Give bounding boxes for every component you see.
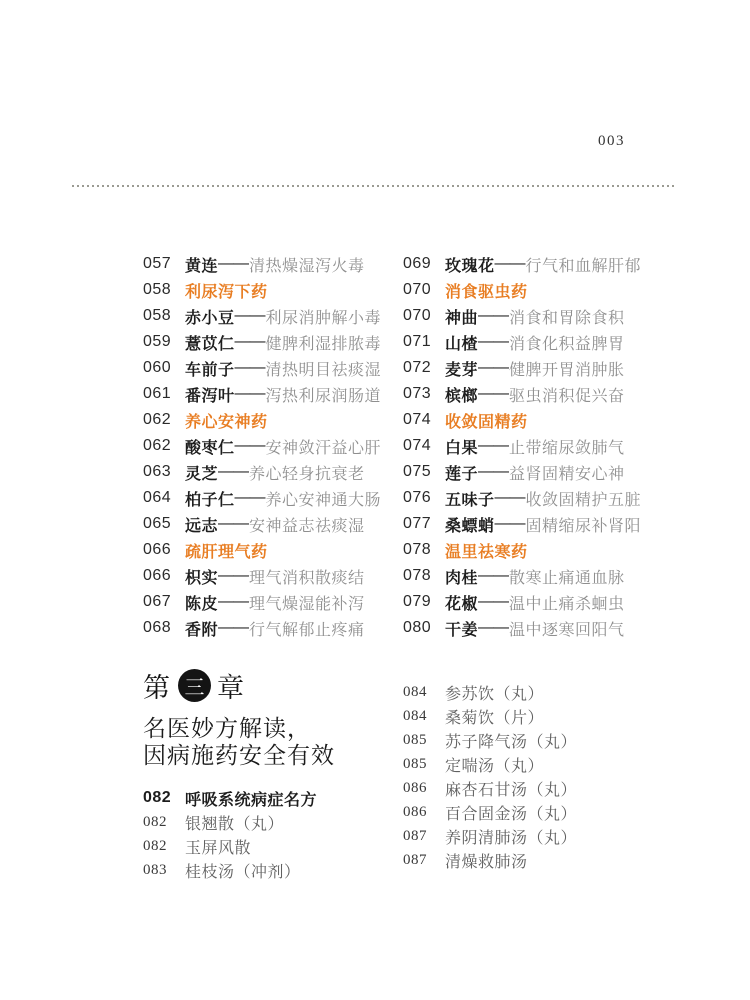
herb-name: 花椒	[445, 591, 478, 614]
herb-name: 灵芝	[185, 461, 218, 484]
entry-page-number: 067	[143, 593, 185, 611]
formula-row: 085定喘汤（丸）	[403, 752, 577, 776]
entry-page-number: 057	[143, 255, 185, 273]
formula-row: 083桂枝汤（冲剂）	[143, 858, 317, 882]
entry-page-number: 084	[403, 708, 445, 725]
entry-page-number: 058	[143, 307, 185, 325]
entry-page-number: 066	[143, 541, 185, 559]
formula-name: 玉屏风散	[185, 835, 251, 858]
dash-separator: ——	[218, 515, 248, 533]
formula-row: 084桑菊饮（片）	[403, 704, 577, 728]
dash-separator: ——	[478, 307, 508, 325]
herb-index-row: 062养心安神药	[143, 407, 403, 433]
herb-description: 行气解郁止疼痛	[249, 617, 365, 640]
dash-separator: ——	[218, 463, 248, 481]
herb-name: 黄连	[185, 253, 218, 276]
herb-name: 麦芽	[445, 357, 478, 380]
dash-separator: ——	[235, 307, 265, 325]
herb-index-row: 070消食驱虫药	[403, 277, 663, 303]
herb-index-row: 074收敛固精药	[403, 407, 663, 433]
herb-index-row: 078肉桂——散寒止痛通血脉	[403, 563, 663, 589]
herb-description: 养心安神通大肠	[266, 487, 382, 510]
dash-separator: ——	[235, 359, 265, 377]
herb-name: 枳实	[185, 565, 218, 588]
entry-page-number: 085	[403, 756, 445, 773]
formula-row: 082银翘散（丸）	[143, 810, 317, 834]
herb-description: 益肾固精安心神	[509, 461, 625, 484]
entry-page-number: 086	[403, 804, 445, 821]
herb-name: 干姜	[445, 617, 478, 640]
category-heading: 利尿泻下药	[185, 279, 268, 302]
herb-index-row: 058利尿泻下药	[143, 277, 403, 303]
herb-description: 健脾利湿排脓毒	[266, 331, 382, 354]
dashed-divider	[72, 185, 677, 187]
entry-page-number: 082	[143, 838, 185, 855]
herb-description: 止带缩尿敛肺气	[509, 435, 625, 458]
herb-description: 温中止痛杀蛔虫	[509, 591, 625, 614]
entry-page-number: 058	[143, 281, 185, 299]
dash-separator: ——	[235, 333, 265, 351]
herb-index-row: 079花椒——温中止痛杀蛔虫	[403, 589, 663, 615]
herb-name: 莲子	[445, 461, 478, 484]
herb-index-row: 060车前子——清热明目祛痰湿	[143, 355, 403, 381]
herb-index-row: 063灵芝——养心轻身抗衰老	[143, 459, 403, 485]
formula-name: 定喘汤（丸）	[445, 753, 544, 776]
herb-description: 消食化积益脾胃	[509, 331, 625, 354]
entry-page-number: 084	[403, 684, 445, 701]
formula-row: 084参苏饮（丸）	[403, 680, 577, 704]
category-heading: 温里祛寒药	[445, 539, 528, 562]
herb-name: 五味子	[445, 487, 495, 510]
dash-separator: ——	[218, 593, 248, 611]
formula-row: 082玉屏风散	[143, 834, 317, 858]
dash-separator: ——	[478, 567, 508, 585]
herb-description: 健脾开胃消肿胀	[509, 357, 625, 380]
entry-page-number: 065	[143, 515, 185, 533]
herb-index-row: 065远志——安神益志祛痰湿	[143, 511, 403, 537]
herb-description: 安神敛汗益心肝	[266, 435, 382, 458]
formula-list-left: 082呼吸系统病症名方082银翘散（丸）082玉屏风散083桂枝汤（冲剂）	[143, 786, 317, 882]
herb-name: 山楂	[445, 331, 478, 354]
herb-index-row: 064柏子仁——养心安神通大肠	[143, 485, 403, 511]
dash-separator: ——	[218, 255, 248, 273]
entry-page-number: 080	[403, 619, 445, 637]
chapter-prefix: 第	[143, 666, 172, 705]
herb-name: 陈皮	[185, 591, 218, 614]
formula-row: 087养阴清肺汤（丸）	[403, 824, 577, 848]
formula-row: 085苏子降气汤（丸）	[403, 728, 577, 752]
formula-name: 苏子降气汤（丸）	[445, 729, 577, 752]
herb-name: 肉桂	[445, 565, 478, 588]
herb-name: 玫瑰花	[445, 253, 495, 276]
entry-page-number: 066	[143, 567, 185, 585]
dash-separator: ——	[478, 359, 508, 377]
herb-index-row: 058赤小豆——利尿消肿解小毒	[143, 303, 403, 329]
formula-row: 086百合固金汤（丸）	[403, 800, 577, 824]
dash-separator: ——	[235, 437, 265, 455]
formula-name: 清燥救肺汤	[445, 849, 528, 872]
herb-index-column-left: 057黄连——清热燥湿泻火毒058利尿泻下药058赤小豆——利尿消肿解小毒059…	[143, 251, 403, 641]
formula-name: 百合固金汤（丸）	[445, 801, 577, 824]
entry-page-number: 086	[403, 780, 445, 797]
herb-description: 收敛固精护五脏	[526, 487, 642, 510]
herb-index-row: 061番泻叶——泻热利尿润肠道	[143, 381, 403, 407]
herb-name: 白果	[445, 435, 478, 458]
herb-description: 固精缩尿补肾阳	[526, 513, 642, 536]
entry-page-number: 082	[143, 789, 185, 807]
dash-separator: ——	[478, 333, 508, 351]
herb-index-row: 068香附——行气解郁止疼痛	[143, 615, 403, 641]
formula-row: 082呼吸系统病症名方	[143, 786, 317, 810]
herb-name: 柏子仁	[185, 487, 235, 510]
entry-page-number: 073	[403, 385, 445, 403]
dash-separator: ——	[478, 437, 508, 455]
entry-page-number: 082	[143, 814, 185, 831]
formula-name: 麻杏石甘汤（丸）	[445, 777, 577, 800]
chapter-three-block: 第 三 章 名医妙方解读， 因病施药安全有效	[143, 664, 423, 769]
entry-page-number: 070	[403, 281, 445, 299]
entry-page-number: 060	[143, 359, 185, 377]
dash-separator: ——	[478, 593, 508, 611]
formula-list-right: 084参苏饮（丸）084桑菊饮（片）085苏子降气汤（丸）085定喘汤（丸）08…	[403, 680, 577, 872]
herb-name: 车前子	[185, 357, 235, 380]
herb-description: 安神益志祛痰湿	[249, 513, 365, 536]
herb-description: 驱虫消积促兴奋	[509, 383, 625, 406]
entry-page-number: 074	[403, 411, 445, 429]
entry-page-number: 063	[143, 463, 185, 481]
herb-description: 理气燥湿能补泻	[249, 591, 365, 614]
herb-description: 理气消积散痰结	[249, 565, 365, 588]
herb-index-row: 071山楂——消食化积益脾胃	[403, 329, 663, 355]
book-toc-page: 003 057黄连——清热燥湿泻火毒058利尿泻下药058赤小豆——利尿消肿解小…	[0, 0, 750, 1000]
dash-separator: ——	[495, 255, 525, 273]
herb-index-row: 078温里祛寒药	[403, 537, 663, 563]
entry-page-number: 068	[143, 619, 185, 637]
herb-name: 槟榔	[445, 383, 478, 406]
formula-section-heading: 呼吸系统病症名方	[185, 787, 317, 810]
herb-name: 远志	[185, 513, 218, 536]
herb-index-row: 072麦芽——健脾开胃消肿胀	[403, 355, 663, 381]
herb-description: 行气和血解肝郁	[526, 253, 642, 276]
entry-page-number: 087	[403, 852, 445, 869]
entry-page-number: 075	[403, 463, 445, 481]
entry-page-number: 087	[403, 828, 445, 845]
herb-name: 酸枣仁	[185, 435, 235, 458]
herb-name: 香附	[185, 617, 218, 640]
page-number-folio: 003	[598, 133, 625, 150]
chapter-number-line: 第 三 章	[143, 664, 423, 706]
herb-index-row: 067陈皮——理气燥湿能补泻	[143, 589, 403, 615]
chapter-title-line-1: 名医妙方解读，	[143, 715, 423, 742]
category-heading: 收敛固精药	[445, 409, 528, 432]
entry-page-number: 070	[403, 307, 445, 325]
herb-index-row: 066疏肝理气药	[143, 537, 403, 563]
entry-page-number: 064	[143, 489, 185, 507]
herb-index-row: 077桑螵蛸——固精缩尿补肾阳	[403, 511, 663, 537]
herb-index-row: 070神曲——消食和胃除食积	[403, 303, 663, 329]
herb-name: 番泻叶	[185, 383, 235, 406]
entry-page-number: 059	[143, 333, 185, 351]
herb-index-row: 073槟榔——驱虫消积促兴奋	[403, 381, 663, 407]
herb-description: 清热燥湿泻火毒	[249, 253, 365, 276]
dash-separator: ——	[218, 567, 248, 585]
formula-name: 银翘散（丸）	[185, 811, 284, 834]
herb-description: 利尿消肿解小毒	[266, 305, 382, 328]
chapter-title-line-2: 因病施药安全有效	[143, 742, 423, 769]
formula-name: 桑菊饮（片）	[445, 705, 544, 728]
herb-name: 桑螵蛸	[445, 513, 495, 536]
entry-page-number: 076	[403, 489, 445, 507]
herb-description: 散寒止痛通血脉	[509, 565, 625, 588]
herb-index-row: 062酸枣仁——安神敛汗益心肝	[143, 433, 403, 459]
entry-page-number: 062	[143, 411, 185, 429]
dash-separator: ——	[218, 619, 248, 637]
herb-index-row: 074白果——止带缩尿敛肺气	[403, 433, 663, 459]
herb-index: 057黄连——清热燥湿泻火毒058利尿泻下药058赤小豆——利尿消肿解小毒059…	[143, 251, 663, 641]
herb-index-column-right: 069玫瑰花——行气和血解肝郁070消食驱虫药070神曲——消食和胃除食积071…	[403, 251, 663, 641]
entry-page-number: 072	[403, 359, 445, 377]
category-heading: 消食驱虫药	[445, 279, 528, 302]
herb-index-row: 066枳实——理气消积散痰结	[143, 563, 403, 589]
herb-name: 神曲	[445, 305, 478, 328]
dash-separator: ——	[495, 489, 525, 507]
category-heading: 养心安神药	[185, 409, 268, 432]
category-heading: 疏肝理气药	[185, 539, 268, 562]
entry-page-number: 078	[403, 541, 445, 559]
entry-page-number: 071	[403, 333, 445, 351]
entry-page-number: 079	[403, 593, 445, 611]
herb-index-row: 059薏苡仁——健脾利湿排脓毒	[143, 329, 403, 355]
herb-index-row: 075莲子——益肾固精安心神	[403, 459, 663, 485]
formula-name: 养阴清肺汤（丸）	[445, 825, 577, 848]
entry-page-number: 062	[143, 437, 185, 455]
herb-index-row: 057黄连——清热燥湿泻火毒	[143, 251, 403, 277]
entry-page-number: 077	[403, 515, 445, 533]
dash-separator: ——	[478, 385, 508, 403]
herb-description: 清热明目祛痰湿	[266, 357, 382, 380]
herb-name: 赤小豆	[185, 305, 235, 328]
chapter-number-circle: 三	[178, 669, 211, 702]
entry-page-number: 085	[403, 732, 445, 749]
herb-description: 泻热利尿润肠道	[266, 383, 382, 406]
dash-separator: ——	[478, 619, 508, 637]
formula-row: 086麻杏石甘汤（丸）	[403, 776, 577, 800]
entry-page-number: 061	[143, 385, 185, 403]
dash-separator: ——	[495, 515, 525, 533]
dash-separator: ——	[235, 489, 265, 507]
entry-page-number: 074	[403, 437, 445, 455]
herb-description: 消食和胃除食积	[509, 305, 625, 328]
formula-name: 参苏饮（丸）	[445, 681, 544, 704]
dash-separator: ——	[478, 463, 508, 481]
herb-index-row: 069玫瑰花——行气和血解肝郁	[403, 251, 663, 277]
entry-page-number: 083	[143, 862, 185, 879]
herb-description: 温中逐寒回阳气	[509, 617, 625, 640]
formula-name: 桂枝汤（冲剂）	[185, 859, 301, 882]
herb-description: 养心轻身抗衰老	[249, 461, 365, 484]
formula-row: 087清燥救肺汤	[403, 848, 577, 872]
herb-name: 薏苡仁	[185, 331, 235, 354]
herb-index-row: 076五味子——收敛固精护五脏	[403, 485, 663, 511]
chapter-suffix: 章	[217, 666, 246, 705]
entry-page-number: 078	[403, 567, 445, 585]
herb-index-row: 080干姜——温中逐寒回阳气	[403, 615, 663, 641]
dash-separator: ——	[235, 385, 265, 403]
entry-page-number: 069	[403, 255, 445, 273]
